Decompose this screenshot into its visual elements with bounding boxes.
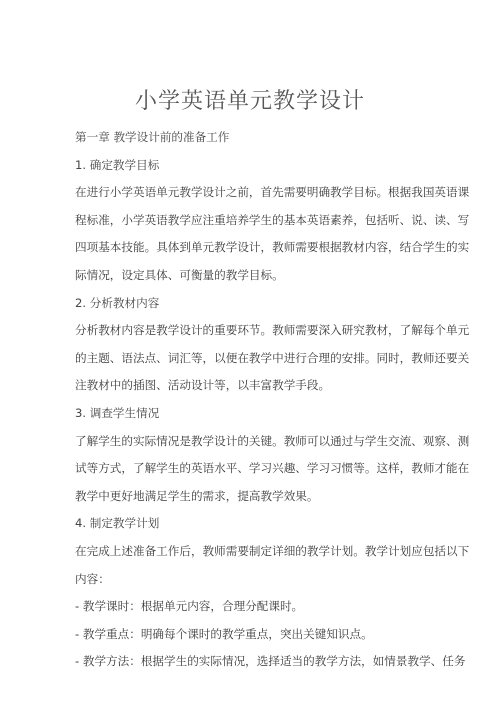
paragraph-line: 教学中更好地满足学生的需求，提高教学效果。: [75, 483, 430, 511]
paragraph-line: 内容：: [75, 566, 430, 594]
paragraph-line: 注教材中的插图、活动设计等，以丰富教学手段。: [75, 372, 430, 400]
section-heading: 2. 分析教材内容: [75, 290, 430, 318]
section-heading: 4. 制定教学计划: [75, 510, 430, 538]
paragraph-line: 在完成上述准备工作后，教师需要制定详细的教学计划。教学计划应包括以下: [75, 538, 430, 566]
document-title: 小学英语单元教学设计: [0, 84, 500, 115]
list-item: - 教学重点：明确每个课时的教学重点，突出关键知识点。: [75, 621, 430, 649]
paragraph-line: 四项基本技能。具体到单元教学设计，教师需要根据教材内容，结合学生的实: [75, 234, 430, 262]
chapter-heading: 第一章 教学设计前的准备工作: [75, 124, 430, 152]
paragraph-line: 试等方式，了解学生的英语水平、学习兴趣、学习习惯等。这样，教师才能在: [75, 455, 430, 483]
paragraph-line: 程标准，小学英语教学应注重培养学生的基本英语素养，包括听、说、读、写: [75, 207, 430, 235]
list-item: - 教学方法：根据学生的实际情况，选择适当的教学方法，如情景教学、任务: [75, 648, 430, 676]
section-heading: 1. 确定教学目标: [75, 152, 430, 180]
paragraph-line: 的主题、语法点、词汇等，以便在教学中进行合理的安排。同时，教师还要关: [75, 345, 430, 373]
paragraph-line: 分析教材内容是教学设计的重要环节。教师需要深入研究教材，了解每个单元: [75, 317, 430, 345]
document-page: 小学英语单元教学设计 第一章 教学设计前的准备工作 1. 确定教学目标 在进行小…: [0, 0, 500, 707]
paragraph-line: 在进行小学英语单元教学设计之前，首先需要明确教学目标。根据我国英语课: [75, 179, 430, 207]
list-item: - 教学课时：根据单元内容，合理分配课时。: [75, 593, 430, 621]
paragraph-line: 际情况，设定具体、可衡量的教学目标。: [75, 262, 430, 290]
document-body: 第一章 教学设计前的准备工作 1. 确定教学目标 在进行小学英语单元教学设计之前…: [75, 124, 430, 676]
section-heading: 3. 调查学生情况: [75, 400, 430, 428]
paragraph-line: 了解学生的实际情况是教学设计的关键。教师可以通过与学生交流、观察、测: [75, 428, 430, 456]
